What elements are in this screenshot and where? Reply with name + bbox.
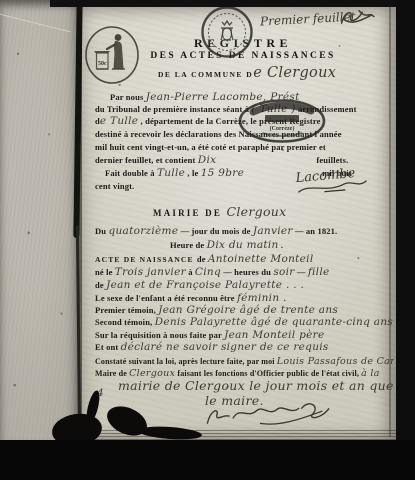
handwritten-text: Tulle bbox=[157, 167, 185, 179]
text-line: MAIRIE DE Clergoux bbox=[153, 203, 286, 221]
handwritten-text: mairie de Clergoux le jour mois et an qu… bbox=[118, 378, 394, 393]
scan-border-top bbox=[50, 0, 415, 7]
handwritten-text: 15 9bre bbox=[201, 167, 244, 179]
printed-text: cent vingt. bbox=[95, 181, 134, 191]
handwritten-text: Clergoux bbox=[227, 204, 287, 219]
printed-text: DE LA COMMUNE D bbox=[158, 70, 253, 79]
printed-text: — an 1821. bbox=[293, 226, 338, 236]
handwritten-text: fille bbox=[308, 266, 330, 278]
handwritten-text: e Clergoux bbox=[253, 65, 336, 81]
printed-text: MAIRIE DE bbox=[153, 208, 227, 218]
scan-border-right bbox=[396, 0, 415, 445]
document-lines: DE LA COMMUNE De ClergouxPar nous Jean-P… bbox=[0, 0, 394, 440]
printed-text: Du bbox=[95, 226, 108, 236]
text-line: DE LA COMMUNE De Clergoux bbox=[158, 64, 336, 82]
scan-border-bottom bbox=[0, 440, 415, 480]
handwritten-text: quatorzième bbox=[108, 225, 178, 237]
scanned-register-page: REGISTRE DES ACTES DE NAISSANCES Premier… bbox=[0, 0, 415, 480]
text-line: cent vingt. bbox=[95, 176, 134, 194]
printed-text: , le bbox=[185, 168, 201, 178]
